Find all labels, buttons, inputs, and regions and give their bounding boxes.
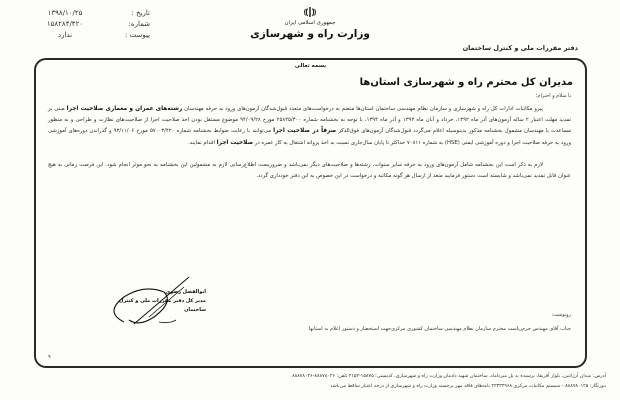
- greeting: با سلام و احترام؛: [536, 93, 571, 99]
- attachment-row: پیوست : ندارد: [30, 30, 150, 41]
- number-label: شماره:: [110, 19, 150, 30]
- letter-body: پیرو مکاتبات ادارات کل راه و شهرسازی و س…: [48, 104, 571, 182]
- basmala: بسمه تعالی: [36, 63, 585, 69]
- date-row: تاریخ : ۱۳۹۸/۱۰/۲۵: [30, 8, 150, 19]
- number-value: ۱۵۸۲۸۴/۴۲۰: [30, 19, 100, 30]
- footer-contact: دورنگار: ۸۸۸۷۸۰۱۲۵ - سیستم مکاتبات مرکزی…: [14, 382, 606, 392]
- date-value: ۱۳۹۸/۱۰/۲۵: [30, 8, 100, 19]
- signatory-title-2: ساختمان: [116, 306, 206, 315]
- paragraph-2: لازم به ذکر است این بخشنامه شامل آزمون‌ه…: [48, 160, 571, 182]
- ministry-name: وزارت راه و شهرسازی: [230, 27, 390, 41]
- letter-footer: آدرس: میدان آرژانتین، بلوار آفریقا، نرسی…: [14, 372, 606, 392]
- cc-recipient: جناب آقای مهندس خرم‌ریاست محترم سازمان ن…: [48, 326, 571, 332]
- paragraph-1: پیرو مکاتبات ادارات کل راه و شهرسازی و س…: [48, 104, 571, 149]
- footer-address: آدرس: میدان آرژانتین، بلوار آفریقا، نرسی…: [14, 372, 606, 382]
- office-name: دفتر مقررات ملی و کنترل ساختمان: [463, 44, 578, 52]
- date-label: تاریخ :: [110, 8, 150, 19]
- addressee: مدیران کل محترم راه و شهرسازی استان‌ها: [360, 77, 573, 88]
- number-row: شماره: ۱۵۸۲۸۴/۴۲۰: [30, 19, 150, 30]
- signatory-name: ابوالفضل رضوی‌: [116, 288, 206, 297]
- republic-name: جمهوری اسلامی ایران: [230, 19, 390, 27]
- letter-meta: تاریخ : ۱۳۹۸/۱۰/۲۵ شماره: ۱۵۸۲۸۴/۴۲۰ پیو…: [30, 8, 150, 41]
- cc-label: رونوشت:: [551, 312, 571, 318]
- attachment-label: پیوست :: [110, 30, 150, 41]
- letterhead: جمهوری اسلامی ایران وزارت راه و شهرسازی: [230, 6, 390, 41]
- letter-frame: بسمه تعالی مدیران کل محترم راه و شهرسازی…: [34, 58, 587, 368]
- iran-emblem-icon: [303, 6, 317, 18]
- page-number: ۹: [48, 354, 51, 360]
- signature-block: ابوالفضل رضوی‌ مدیر کل دفتر مقررات ملی و…: [94, 272, 234, 332]
- signatory: ابوالفضل رضوی‌ مدیر کل دفتر مقررات ملی و…: [116, 288, 206, 315]
- signatory-title-1: مدیر کل دفتر مقررات ملی و کنترل: [116, 297, 206, 306]
- attachment-value: ندارد: [30, 30, 100, 41]
